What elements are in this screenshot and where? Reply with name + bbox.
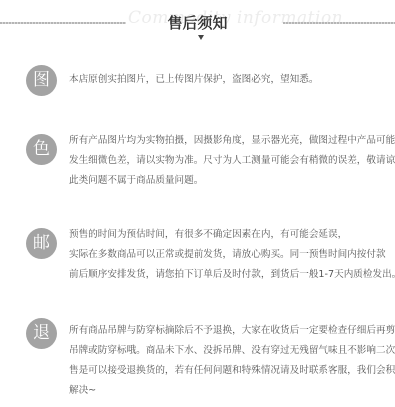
color-badge-icon: 色 (26, 134, 57, 165)
notice-line: 所有产品图片均为实物拍摄，因摄影角度，显示器光亮，做图过程中产品可能 (69, 131, 389, 151)
notice-line: 所有商品吊牌与防穿标摘除后不予退换，大家在收货后一定要检查仔细后再剪去 (69, 321, 389, 341)
notice-line: 售是可以接受退换货的，若有任何问题和特殊情况请及时联系客服，我们会积极 (69, 361, 389, 381)
shipping-badge-icon: 邮 (26, 228, 57, 259)
notice-line: 此类问题不属于商品质量问题。 (69, 171, 389, 191)
page-title: 售后须知 (0, 12, 395, 33)
section-header: Commodity information 售后须知 (0, 0, 395, 50)
notice-line: 吊牌或防穿标哦。商品未下水、没拆吊牌、没有穿过无残留气味且不影响二次销 (69, 341, 389, 361)
image-badge-icon: 图 (26, 65, 57, 96)
notice-line: 解决~ (69, 381, 389, 401)
caret-down-icon (198, 35, 204, 40)
notice-line: 实际在多数商品可以正常或提前发货，请放心购买。同一预售时间内按付款 (69, 245, 389, 265)
notice-text: 所有商品吊牌与防穿标摘除后不予退换，大家在收货后一定要检查仔细后再剪去 吊牌或防… (69, 321, 389, 401)
return-badge-icon: 退 (26, 318, 57, 349)
notice-text: 本店原创实拍图片，已上传图片保护，盗图必究，望知悉。 (69, 70, 389, 90)
notice-text: 预售的时间为预估时间，有很多不确定因素在内，有可能会延误， 实际在多数商品可以正… (69, 225, 389, 285)
notice-line: 预售的时间为预估时间，有很多不确定因素在内，有可能会延误， (69, 225, 389, 245)
notice-text: 所有产品图片均为实物拍摄，因摄影角度，显示器光亮，做图过程中产品可能 发生细微色… (69, 131, 389, 191)
notice-line: 本店原创实拍图片，已上传图片保护，盗图必究，望知悉。 (69, 70, 389, 90)
notice-line: 前后顺序安排发货，请您拍下订单后及时付款，到货后一般1-7天内质检发出。 (69, 265, 389, 285)
notice-line: 发生细微色差，请以实物为准。尺寸为人工测量可能会有稍微的误差，敬请谅解。 (69, 151, 389, 171)
